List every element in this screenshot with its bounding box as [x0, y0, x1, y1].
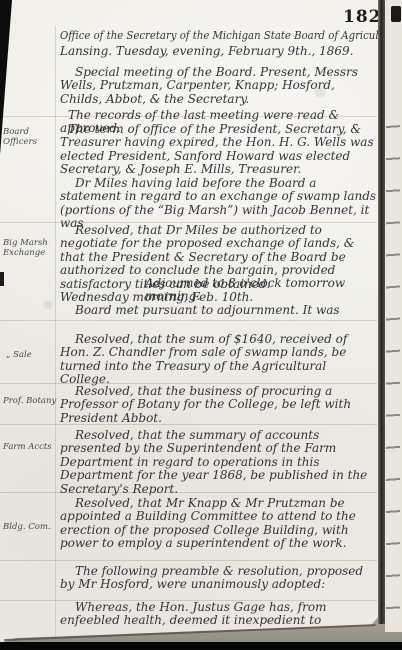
photo-border-bottom	[0, 642, 402, 650]
minutes-entry-resolution-botany: Resolved, that the business of procuring…	[60, 385, 378, 425]
section-rule	[0, 560, 377, 561]
minutes-entry-officers: The term of office of the President, Sec…	[60, 123, 378, 177]
minutes-entry-resolution-sale: Resolved, that the sum of $1640, receive…	[60, 333, 378, 387]
adjacent-page-edge	[385, 0, 402, 632]
minutes-entry-whereas: Whereas, the Hon. Justus Gage has, from …	[60, 601, 378, 628]
heading-line-2: Lansing. Tuesday, evening, February 9th.…	[60, 44, 354, 58]
heading-line-1: Office of the Secretary of the Michigan …	[60, 28, 400, 42]
edge-ink-mark	[0, 272, 4, 286]
minutes-entry-resolution-accounts: Resolved, that the summary of accounts p…	[60, 429, 378, 496]
margin-label-prof-botany: Prof. Botany	[3, 396, 57, 406]
section-rule	[0, 320, 377, 321]
margin-label-farm-accts: Farm Accts	[3, 442, 57, 452]
minutes-entry-board-met: Board met pursuant to adjournment. It wa…	[60, 304, 378, 317]
margin-label-big-marsh-exchange: Big Marsh Exchange	[3, 238, 57, 258]
margin-label-board-officers: Board Officers	[3, 127, 57, 147]
ink-blob	[391, 6, 401, 22]
handwriting-fragments	[386, 96, 400, 616]
ledger-page: 182 Office of the Secretary of the Michi…	[0, 0, 379, 646]
book-gutter	[378, 0, 385, 624]
minutes-entry-preamble: The following preamble & resolution, pro…	[60, 565, 378, 592]
minutes-entry-resolution-building: Resolved, that Mr Knapp & Mr Prutzman be…	[60, 497, 378, 551]
margin-label-bldg-com: Bldg. Com.	[3, 522, 57, 532]
margin-rule	[55, 26, 56, 638]
minutes-entry-attendance: Special meeting of the Board. Present, M…	[60, 66, 378, 106]
scanned-ledger-photo: 182 Office of the Secretary of the Michi…	[0, 0, 402, 650]
page-number: 182	[343, 7, 382, 27]
margin-label-sale: „ Sale	[6, 350, 60, 360]
